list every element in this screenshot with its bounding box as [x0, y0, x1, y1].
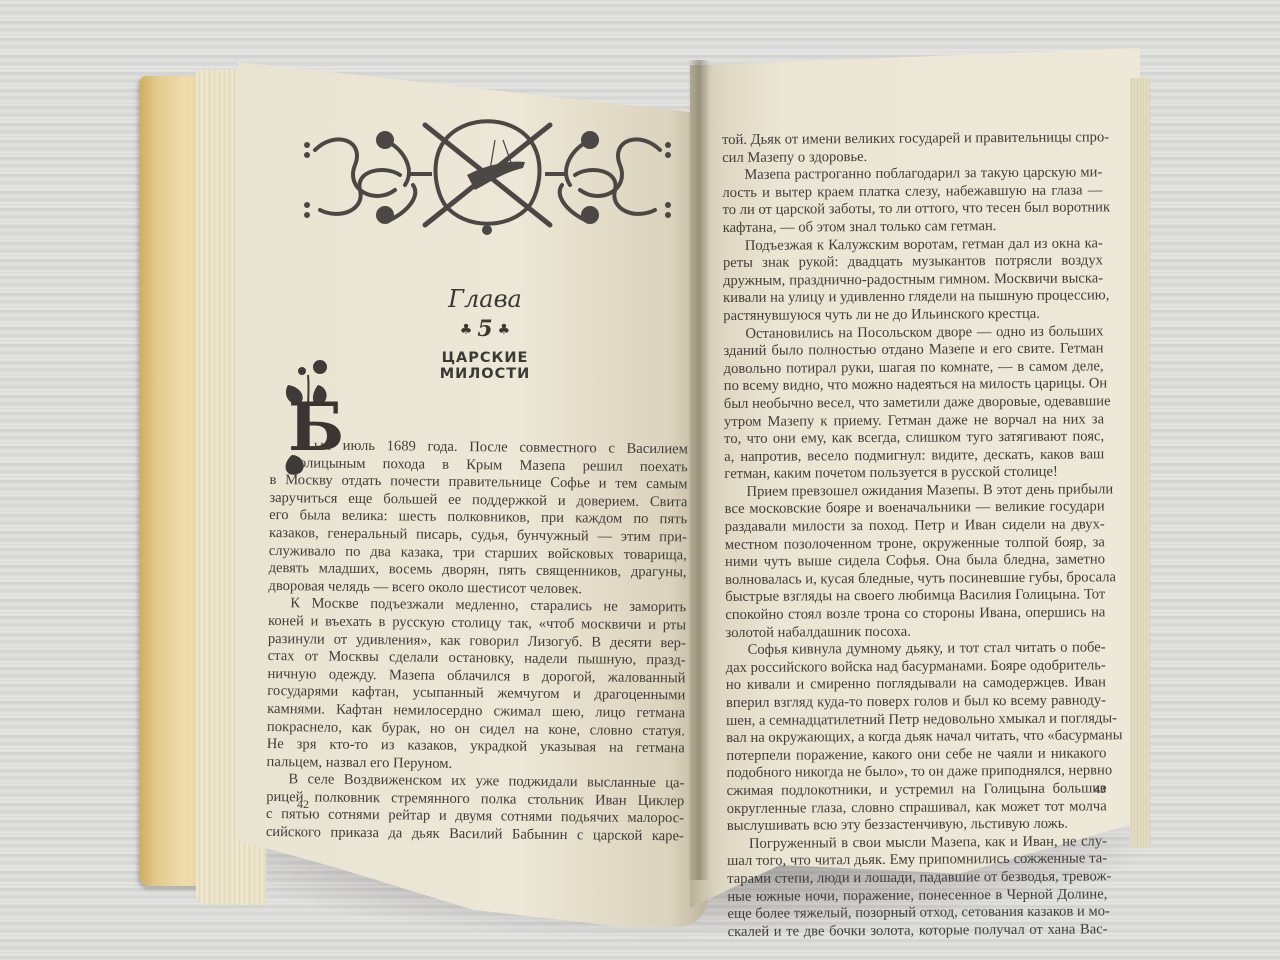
text-line: той. Дьяк от имени великих государей и п… [722, 129, 1102, 149]
left-page-text: ыл июль 1689 года. После совместного с В… [266, 437, 688, 846]
chapter-number-value: 5 [477, 316, 492, 342]
text-line: реты знак рукой: двадцать музыкантов пот… [723, 253, 1103, 273]
chapter-title: ЦАРСКИЕ МИЛОСТИ [395, 350, 575, 382]
chapter-number: ♣5♣ [430, 316, 540, 342]
text-line: то ли от царской заботы, то ли оттого, ч… [722, 200, 1102, 220]
text-line: раздавали милости за поход. Петр и Иван … [725, 516, 1105, 536]
text-line: зданий было полностью отдано Мазепе и ег… [723, 340, 1103, 360]
text-line: тарами степи, люди и лошади, падавшие от… [727, 868, 1107, 888]
text-line: был необычно весел, что заметили даже дв… [724, 393, 1104, 413]
chapter-label: Глава [430, 285, 540, 313]
text-line: выслушивать всю эту беззастенчивую, льст… [727, 815, 1107, 835]
right-page-text: той. Дьяк от имени великих государей и п… [722, 129, 1108, 941]
clover-icon: ♣ [498, 322, 511, 338]
page-number-left: 42 [297, 797, 309, 812]
text-line: еще более тяжелый, позорный отход, сетов… [727, 903, 1107, 923]
clover-icon: ♣ [460, 322, 473, 338]
right-page-edges [1130, 78, 1150, 848]
page-number-right: 43 [1094, 782, 1106, 797]
text-line: скалей и те две бочки золота, которые по… [728, 921, 1108, 941]
text-line: кивали на улицу и удивленно глядели на п… [723, 288, 1103, 308]
book-gutter [688, 60, 710, 880]
text-line: спокойно стоял возле трона со стороны Ив… [725, 604, 1105, 624]
ornament-icon [295, 110, 680, 240]
text-line: сжимая подлокотники, и устремил на Голиц… [727, 780, 1107, 800]
text-line: вперил взгляд куда-то поверх голов и был… [726, 692, 1106, 712]
text-line: то, что они ему, как всегда, слишком туг… [724, 428, 1104, 448]
